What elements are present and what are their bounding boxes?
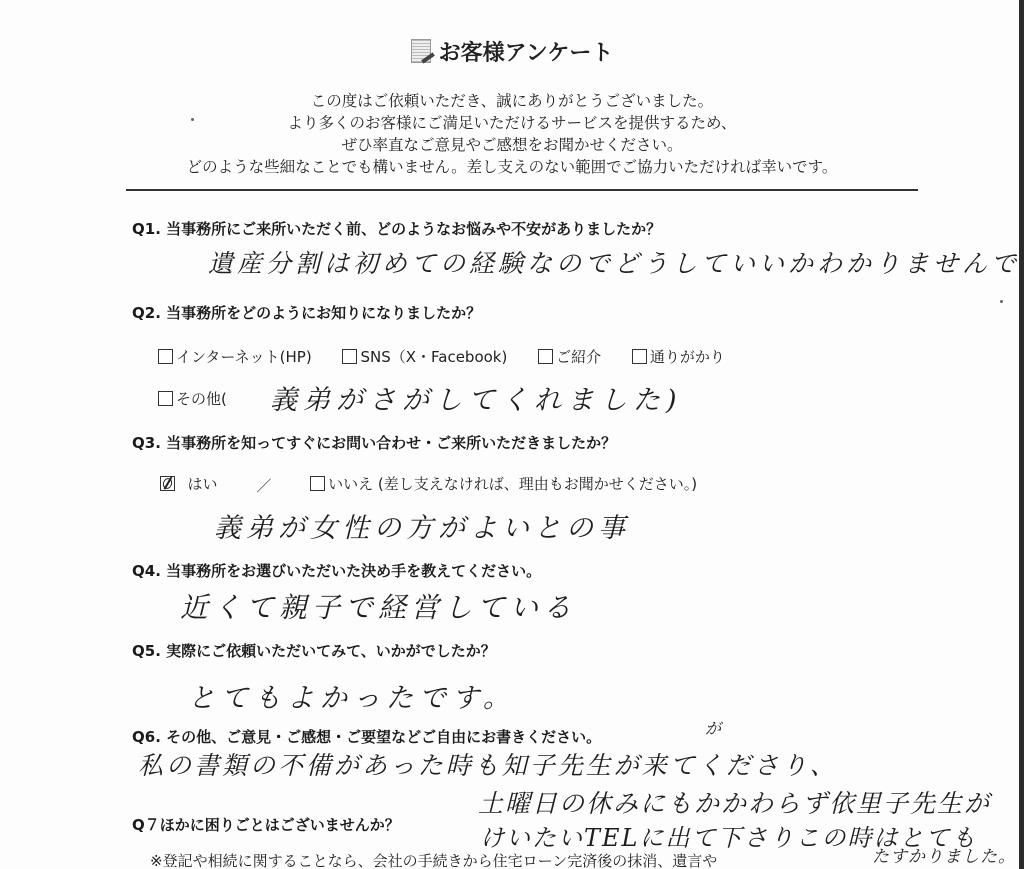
question-7-label: Q７ほかに困りごとはございませんか？ <box>132 814 400 835</box>
checkbox-referral[interactable] <box>538 349 553 364</box>
question-3-answer[interactable]: 義弟が女性の方がよいとの事 <box>214 506 630 545</box>
option-referral-label: ご紹介 <box>556 346 601 367</box>
option-no[interactable]: いいえ (差し支えなければ、理由もお聞かせください。) <box>310 473 697 494</box>
question-6-answer-prefix: が <box>705 716 724 739</box>
intro-line: どのような些細なことでも構いません。差し支えのない範囲でご協力いただければ幸いで… <box>0 156 1024 178</box>
question-2-label: Q2. 当事務所をどのようにお知りになりましたか？ <box>132 302 481 323</box>
checkbox-yes-checked[interactable] <box>160 476 175 491</box>
question-2-other-answer[interactable]: 義弟がさがしてくれました) <box>270 378 683 417</box>
checkbox-sns[interactable] <box>342 349 357 364</box>
question-6-answer-line-4[interactable]: たすかりました。 <box>872 842 1016 867</box>
question-2-other: その他( <box>158 388 253 410</box>
question-4-answer[interactable]: 近くて親子で経営している <box>180 586 576 626</box>
scan-speck <box>191 118 194 121</box>
question-5-answer[interactable]: とてもよかったです。 <box>188 676 516 715</box>
option-internet[interactable]: インターネット(HP) <box>158 346 312 367</box>
option-other-label: その他( <box>176 388 227 409</box>
question-6-answer-line-2[interactable]: 土曜日の休みにもかかわらず依里子先生が <box>478 784 991 820</box>
question-6-answer-line-1[interactable]: 私の書類の不備があった時も知子先生が来てくださり、 <box>138 746 838 782</box>
option-sns-label: SNS（X・Facebook) <box>360 346 507 367</box>
question-3-label: Q3. 当事務所を知ってすぐにお問い合わせ・ご来所いただきましたか？ <box>132 432 616 453</box>
survey-title-text: お客様アンケート <box>439 41 614 66</box>
question-2-options: インターネット(HP) SNS（X・Facebook) ご紹介 通りがかり <box>158 346 751 368</box>
question-6-label: Q6. その他、ご意見・ご感想・ご要望などご自由にお書きください。 <box>132 726 601 747</box>
intro-line: この度はご依頼いただき、誠にありがとうございました。 <box>0 90 1024 112</box>
option-yes-label: はい <box>188 473 218 494</box>
question-4-label: Q4. 当事務所をお選びいただいた決め手を教えてください。 <box>132 560 541 581</box>
intro-text: この度はご依頼いただき、誠にありがとうございました。 より多くのお客様にご満足い… <box>0 90 1024 178</box>
question-3-options: はい ／ いいえ (差し支えなければ、理由もお聞かせください。) <box>160 473 723 496</box>
option-internet-label: インターネット(HP) <box>176 346 312 367</box>
intro-line: ぜひ率直なご意見やご感想をお聞かせください。 <box>0 134 1024 156</box>
option-passing-by-label: 通りがかり <box>650 346 725 367</box>
checkbox-other[interactable] <box>158 391 173 406</box>
checkbox-internet[interactable] <box>158 349 173 364</box>
intro-line: より多くのお客様にご満足いただけるサービスを提供するため、 <box>0 112 1024 134</box>
survey-page: お客様アンケート この度はご依頼いただき、誠にありがとうございました。 より多く… <box>0 0 1024 869</box>
option-referral[interactable]: ご紹介 <box>538 346 601 367</box>
checkbox-no[interactable] <box>310 476 325 491</box>
question-1-label: Q1. 当事務所にご来所いただく前、どのようなお悩みや不安がありましたか？ <box>132 218 661 239</box>
divider <box>126 189 918 191</box>
option-yes[interactable]: はい <box>160 473 218 494</box>
checkbox-passing-by[interactable] <box>632 349 647 364</box>
survey-title: お客様アンケート <box>0 36 1024 67</box>
option-other[interactable]: その他( <box>158 388 227 409</box>
document-pen-icon <box>411 39 431 63</box>
question-7-note: ※登記や相続に関することなら、会社の手続きから住宅ローン完済後の抹消、遺言や <box>150 850 717 869</box>
separator: ／ <box>256 477 271 495</box>
option-sns[interactable]: SNS（X・Facebook) <box>342 346 507 367</box>
question-1-answer[interactable]: 遺産分割は初めての経験なのでどうしていいかわかりませんでした <box>208 244 1024 280</box>
question-5-label: Q5. 実際にご依頼いただいてみて、いかがでしたか？ <box>132 640 496 661</box>
option-no-label: いいえ (差し支えなければ、理由もお聞かせください。) <box>328 473 697 494</box>
option-passing-by[interactable]: 通りがかり <box>632 346 725 367</box>
scan-speck <box>1000 300 1003 303</box>
